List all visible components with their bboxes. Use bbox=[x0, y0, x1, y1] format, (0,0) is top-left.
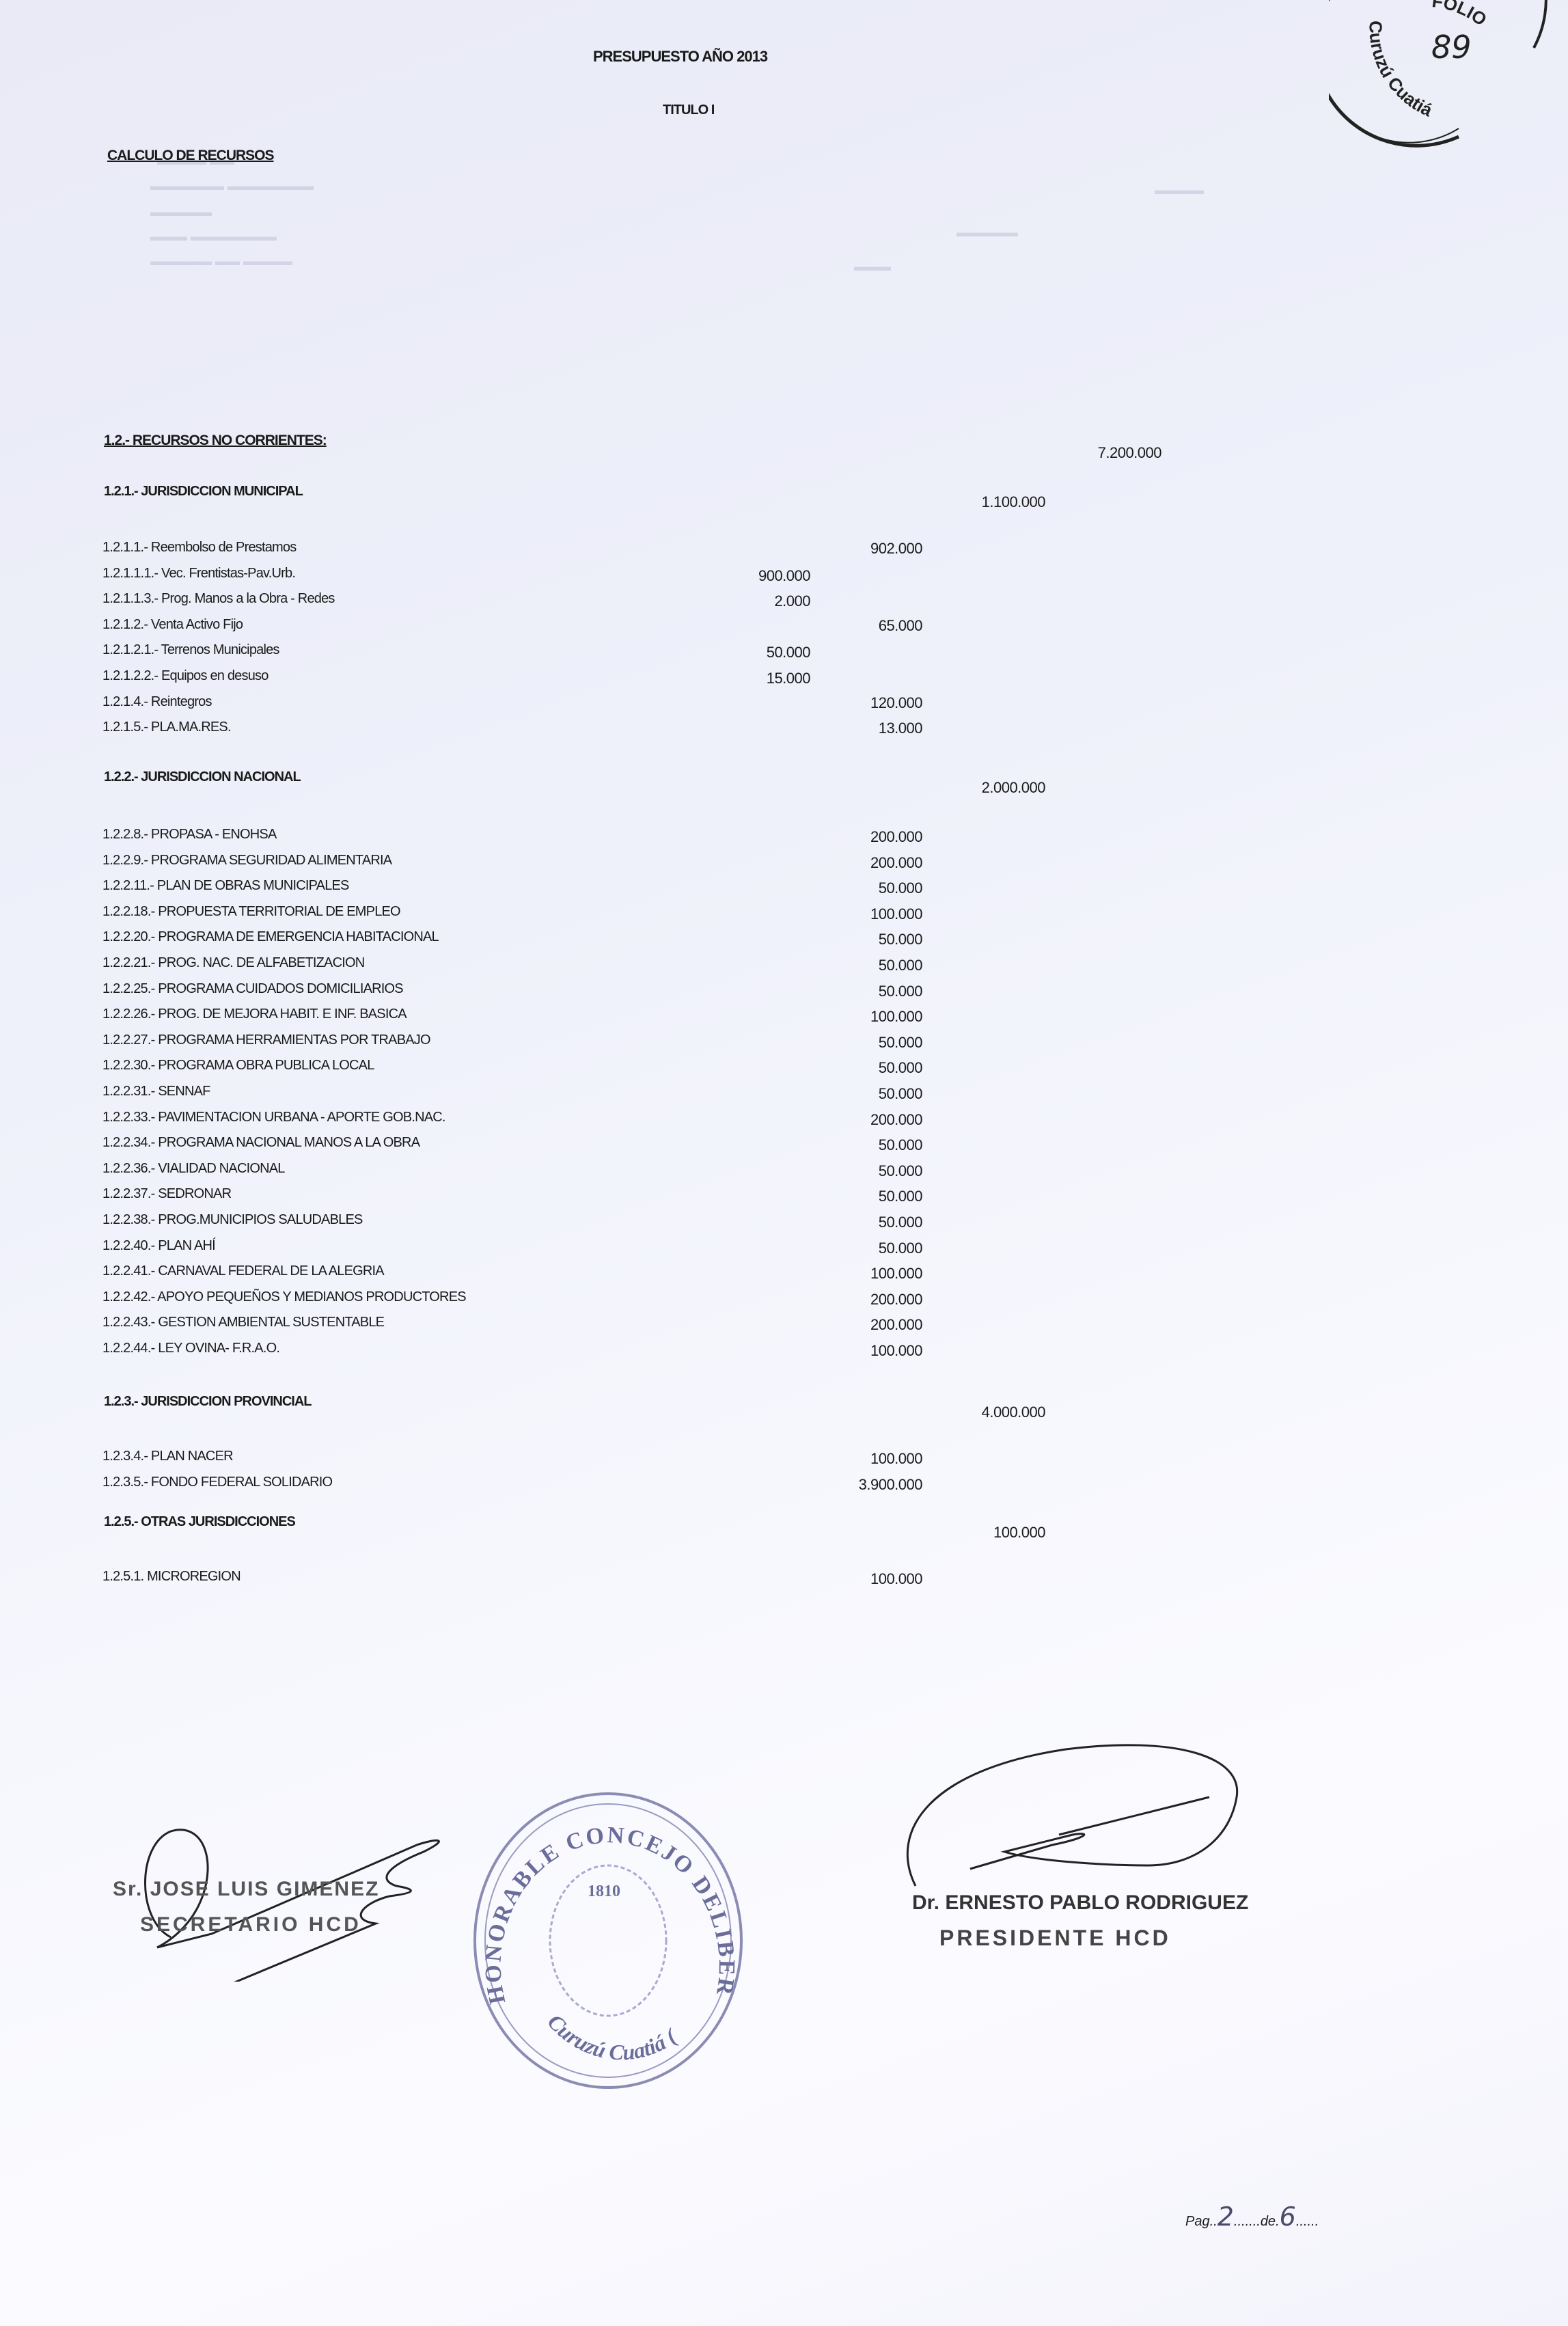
folio-stamp: FOLIO Curuzú Cuatiá 89 bbox=[1329, 0, 1561, 157]
item-amount: 50.000 bbox=[786, 957, 922, 974]
item-amount: 200.000 bbox=[786, 828, 922, 846]
item-amount: 50.000 bbox=[786, 931, 922, 948]
item-amount: 50.000 bbox=[786, 879, 922, 897]
item-label: 1.2.1.4.- Reintegros bbox=[102, 694, 212, 710]
item-label: 1.2.2.31.- SENNAF bbox=[102, 1084, 210, 1099]
bleed-through: ▬▬▬▬▬ bbox=[150, 205, 212, 219]
of-label: de bbox=[1261, 2214, 1276, 2229]
item-amount: 50.000 bbox=[786, 1214, 922, 1231]
group-total: 1.100.000 bbox=[909, 493, 1045, 511]
item-amount: 50.000 bbox=[674, 644, 810, 661]
document-subtitle: TITULO I bbox=[663, 102, 714, 118]
item-label: 1.2.1.2.2.- Equipos en desuso bbox=[102, 668, 269, 684]
item-amount: 3.900.000 bbox=[786, 1476, 922, 1494]
svg-text:FOLIO: FOLIO bbox=[1431, 0, 1490, 30]
item-amount: 200.000 bbox=[786, 854, 922, 872]
item-amount: 120.000 bbox=[786, 694, 922, 712]
item-amount: 200.000 bbox=[786, 1291, 922, 1309]
item-label: 1.2.2.38.- PROG.MUNICIPIOS SALUDABLES bbox=[102, 1212, 363, 1228]
item-label: 1.2.2.25.- PROGRAMA CUIDADOS DOMICILIARI… bbox=[102, 981, 403, 997]
item-label: 1.2.2.40.- PLAN AHÍ bbox=[102, 1238, 215, 1254]
item-label: 1.2.2.41.- CARNAVAL FEDERAL DE LA ALEGRI… bbox=[102, 1263, 384, 1279]
item-amount: 15.000 bbox=[674, 670, 810, 687]
item-amount: 100.000 bbox=[786, 1265, 922, 1283]
item-amount: 50.000 bbox=[786, 983, 922, 1000]
item-label: 1.2.2.37.- SEDRONAR bbox=[102, 1186, 231, 1202]
item-label: 1.2.1.5.- PLA.MA.RES. bbox=[102, 720, 231, 735]
item-label: 1.2.1.1.- Reembolso de Prestamos bbox=[102, 540, 296, 556]
item-amount: 50.000 bbox=[786, 1240, 922, 1257]
item-amount: 2.000 bbox=[674, 592, 810, 610]
document-title: PRESUPUESTO AÑO 2013 bbox=[593, 48, 767, 66]
item-label: 1.2.2.43.- GESTION AMBIENTAL SUSTENTABLE bbox=[102, 1315, 384, 1330]
svg-text:Curuzú Cuatiá: Curuzú Cuatiá bbox=[1365, 20, 1435, 121]
main-section-total: 7.200.000 bbox=[1025, 444, 1161, 462]
item-label: 1.2.2.8.- PROPASA - ENOHSA bbox=[102, 827, 276, 843]
bleed-through: ▬▬▬ ▬▬▬▬▬▬▬ bbox=[150, 230, 277, 244]
item-amount: 50.000 bbox=[786, 1059, 922, 1077]
item-label: 1.2.1.1.3.- Prog. Manos a la Obra - Rede… bbox=[102, 591, 335, 607]
item-label: 1.2.2.11.- PLAN DE OBRAS MUNICIPALES bbox=[102, 878, 349, 894]
item-amount: 100.000 bbox=[786, 1008, 922, 1026]
council-seal: HONORABLE CONCEJO DELIBERANTE Curuzú Cua… bbox=[465, 1777, 752, 2098]
item-amount: 13.000 bbox=[786, 720, 922, 737]
item-label: 1.2.2.44.- LEY OVINA- F.R.A.O. bbox=[102, 1341, 279, 1356]
section-heading: CALCULO DE RECURSOS bbox=[107, 148, 274, 164]
item-amount: 100.000 bbox=[786, 1570, 922, 1588]
item-label: 1.2.2.33.- PAVIMENTACION URBANA - APORTE… bbox=[102, 1110, 445, 1125]
bleed-through: ▬▬▬ bbox=[854, 260, 891, 274]
item-label: 1.2.1.1.1.- Vec. Frentistas-Pav.Urb. bbox=[102, 566, 295, 581]
page-label: Pag. bbox=[1185, 2214, 1213, 2229]
item-label: 1.2.3.5.- FONDO FEDERAL SOLIDARIO bbox=[102, 1475, 332, 1490]
signer-left-role: SECRETARIO HCD bbox=[140, 1913, 361, 1937]
item-amount: 100.000 bbox=[786, 905, 922, 923]
item-amount: 100.000 bbox=[786, 1342, 922, 1360]
group-total: 2.000.000 bbox=[909, 779, 1045, 797]
item-label: 1.2.2.21.- PROG. NAC. DE ALFABETIZACION bbox=[102, 955, 364, 971]
page-current: 2 bbox=[1218, 2202, 1234, 2232]
svg-text:1810: 1810 bbox=[588, 1883, 620, 1900]
signer-right-role: PRESIDENTE HCD bbox=[939, 1926, 1171, 1951]
bleed-through: ▬▬▬▬▬ ▬▬ ▬▬▬▬ bbox=[150, 254, 292, 269]
item-amount: 900.000 bbox=[674, 567, 810, 585]
item-amount: 200.000 bbox=[786, 1316, 922, 1334]
group-label: 1.2.5.- OTRAS JURISDICCIONES bbox=[104, 1514, 295, 1530]
item-amount: 50.000 bbox=[786, 1034, 922, 1052]
item-label: 1.2.5.1. MICROREGION bbox=[102, 1569, 240, 1585]
item-label: 1.2.2.42.- APOYO PEQUEÑOS Y MEDIANOS PRO… bbox=[102, 1289, 466, 1305]
item-amount: 65.000 bbox=[786, 617, 922, 635]
signature-right bbox=[888, 1729, 1271, 1906]
item-label: 1.2.1.2.1.- Terrenos Municipales bbox=[102, 642, 279, 658]
signer-right-name: Dr. ERNESTO PABLO RODRIGUEZ bbox=[912, 1891, 1248, 1915]
item-label: 1.2.2.9.- PROGRAMA SEGURIDAD ALIMENTARIA bbox=[102, 853, 391, 868]
item-label: 1.2.2.26.- PROG. DE MEJORA HABIT. E INF.… bbox=[102, 1007, 407, 1022]
group-label: 1.2.3.- JURISDICCION PROVINCIAL bbox=[104, 1394, 312, 1410]
item-label: 1.2.2.20.- PROGRAMA DE EMERGENCIA HABITA… bbox=[102, 929, 439, 945]
item-amount: 200.000 bbox=[786, 1111, 922, 1129]
page-counter: Pag..2.......de.6...... bbox=[1185, 2202, 1319, 2232]
signer-left-name: Sr. JOSE LUIS GIMENEZ bbox=[113, 1878, 379, 1901]
page-total: 6 bbox=[1280, 2202, 1296, 2232]
item-label: 1.2.2.36.- VIALIDAD NACIONAL bbox=[102, 1161, 285, 1177]
group-label: 1.2.1.- JURISDICCION MUNICIPAL bbox=[104, 484, 303, 500]
item-label: 1.2.2.27.- PROGRAMA HERRAMIENTAS POR TRA… bbox=[102, 1032, 430, 1048]
item-amount: 100.000 bbox=[786, 1450, 922, 1468]
item-label: 1.2.2.34.- PROGRAMA NACIONAL MANOS A LA … bbox=[102, 1135, 419, 1151]
item-amount: 50.000 bbox=[786, 1136, 922, 1154]
bleed-through: ▬▬▬▬ bbox=[1155, 183, 1204, 197]
item-label: 1.2.1.2.- Venta Activo Fijo bbox=[102, 617, 243, 633]
item-amount: 50.000 bbox=[786, 1085, 922, 1103]
item-amount: 50.000 bbox=[786, 1188, 922, 1205]
group-label: 1.2.2.- JURISDICCION NACIONAL bbox=[104, 769, 301, 785]
group-total: 100.000 bbox=[909, 1524, 1045, 1542]
folio-number: 89 bbox=[1431, 29, 1472, 66]
group-total: 4.000.000 bbox=[909, 1404, 1045, 1421]
main-section-label: 1.2.- RECURSOS NO CORRIENTES: bbox=[104, 433, 327, 449]
item-label: 1.2.2.30.- PROGRAMA OBRA PUBLICA LOCAL bbox=[102, 1058, 374, 1073]
item-amount: 902.000 bbox=[786, 540, 922, 558]
item-label: 1.2.3.4.- PLAN NACER bbox=[102, 1449, 233, 1464]
item-amount: 50.000 bbox=[786, 1162, 922, 1180]
item-label: 1.2.2.18.- PROPUESTA TERRITORIAL DE EMPL… bbox=[102, 904, 400, 920]
bleed-through: ▬▬▬▬▬▬ ▬▬▬▬▬▬▬ bbox=[150, 179, 314, 193]
bleed-through: ▬▬▬▬▬ bbox=[957, 225, 1018, 240]
